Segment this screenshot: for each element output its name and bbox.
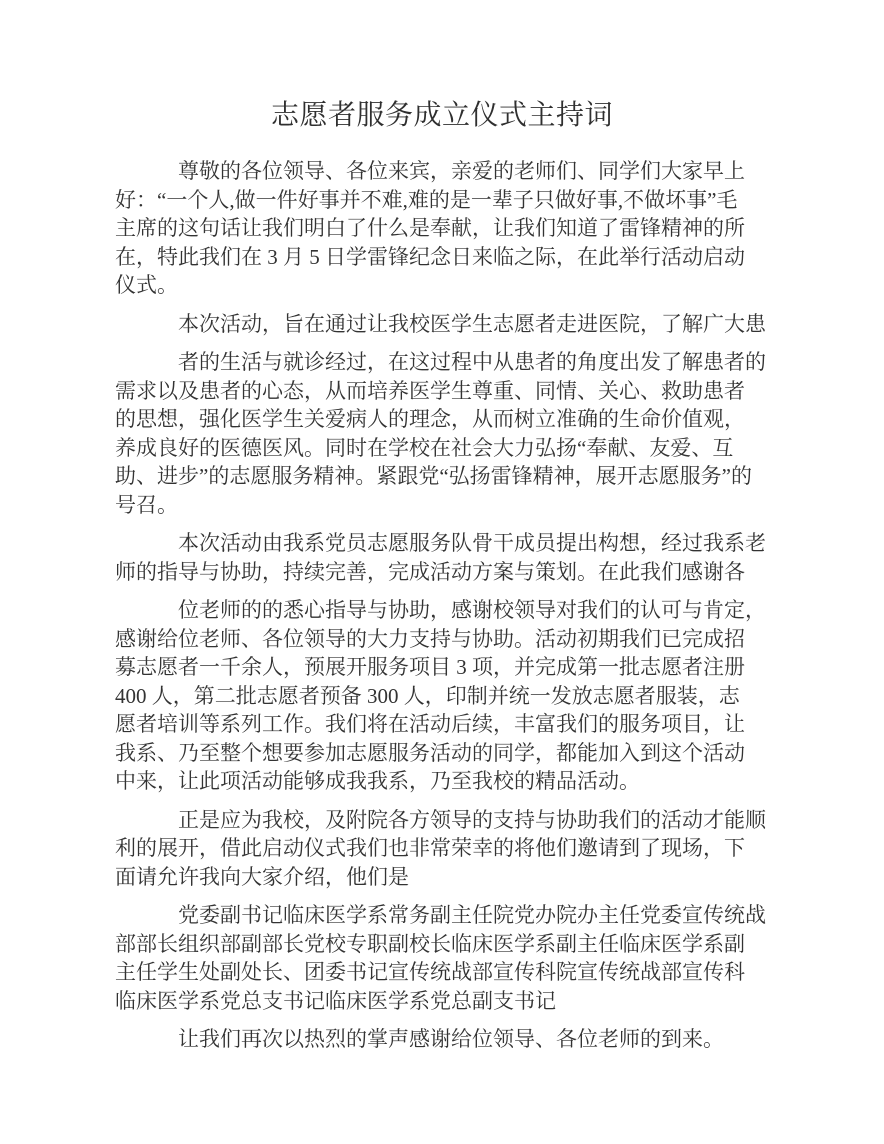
paragraph-line: 中来，让此项活动能够成我我系，乃至我校的精品活动。 — [115, 767, 755, 796]
paragraph-line: 在，特此我们在 3 月 5 日学雷锋纪念日来临之际，在此举行活动启动 — [115, 243, 755, 272]
paragraph-line: 党委副书记临床医学系常务副主任院党办院办主任党委宣传统战 — [115, 901, 755, 930]
paragraph: 位老师的的悉心指导与协助，感谢校领导对我们的认可与肯定，感谢给位老师、各位领导的… — [115, 596, 755, 796]
paragraph-line: 尊敬的各位领导、各位来宾，亲爱的老师们、同学们大家早上 — [115, 157, 755, 186]
paragraph-line: 助、进步”的志愿服务精神。紧跟党“弘扬雷锋精神，展开志愿服务”的 — [115, 462, 755, 491]
paragraph-line: 好：“一个人,做一件好事并不难,难的是一辈子只做好事,不做坏事”毛 — [115, 186, 755, 215]
paragraph-line: 本次活动，旨在通过让我校医学生志愿者走进医院，了解广大患 — [115, 310, 755, 339]
paragraph: 让我们再次以热烈的掌声感谢给位领导、各位老师的到来。 — [115, 1025, 755, 1054]
paragraph-line: 部部长组织部副部长党校专职副校长临床医学系副主任临床医学系副 — [115, 930, 755, 959]
paragraph-line: 主席的这句话让我们明白了什么是奉献，让我们知道了雷锋精神的所 — [115, 214, 755, 243]
paragraph: 正是应为我校，及附院各方领导的支持与协助我们的活动才能顺利的展开，借此启动仪式我… — [115, 806, 755, 892]
paragraph-line: 愿者培训等系列工作。我们将在活动后续，丰富我们的服务项目，让 — [115, 710, 755, 739]
paragraph-line: 位老师的的悉心指导与协助，感谢校领导对我们的认可与肯定， — [115, 596, 755, 625]
paragraph: 本次活动，旨在通过让我校医学生志愿者走进医院，了解广大患 — [115, 310, 755, 339]
paragraph-line: 临床医学系党总支书记临床医学系党总副支书记 — [115, 987, 755, 1016]
paragraph-line: 仪式。 — [115, 271, 755, 300]
paragraph-line: 正是应为我校，及附院各方领导的支持与协助我们的活动才能顺 — [115, 806, 755, 835]
paragraph-line: 主任学生处副处长、团委书记宣传统战部宣传科院宣传统战部宣传科 — [115, 958, 755, 987]
paragraph-line: 号召。 — [115, 491, 755, 520]
paragraph-line: 师的指导与协助，持续完善，完成活动方案与策划。在此我们感谢各 — [115, 558, 755, 587]
paragraph: 尊敬的各位领导、各位来宾，亲爱的老师们、同学们大家早上好：“一个人,做一件好事并… — [115, 157, 755, 300]
document-page: 志愿者服务成立仪式主持词 尊敬的各位领导、各位来宾，亲爱的老师们、同学们大家早上… — [0, 0, 884, 1144]
paragraph-line: 利的展开，借此启动仪式我们也非常荣幸的将他们邀请到了现场，下 — [115, 834, 755, 863]
paragraph-line: 感谢给位老师、各位领导的大力支持与协助。活动初期我们已完成招 — [115, 625, 755, 654]
document-title: 志愿者服务成立仪式主持词 — [0, 0, 884, 133]
paragraph-line: 让我们再次以热烈的掌声感谢给位领导、各位老师的到来。 — [115, 1025, 755, 1054]
paragraph-line: 募志愿者一千余人，预展开服务项目 3 项，并完成第一批志愿者注册 — [115, 653, 755, 682]
paragraph-line: 需求以及患者的心态，从而培养医学生尊重、同情、关心、救助患者 — [115, 377, 755, 406]
paragraph-line: 的思想，强化医学生关爱病人的理念，从而树立准确的生命价值观， — [115, 405, 755, 434]
paragraph: 者的生活与就诊经过，在这过程中从患者的角度出发了解患者的需求以及患者的心态，从而… — [115, 348, 755, 519]
paragraph: 本次活动由我系党员志愿服务队骨干成员提出构想，经过我系老师的指导与协助，持续完善… — [115, 529, 755, 586]
paragraph-line: 本次活动由我系党员志愿服务队骨干成员提出构想，经过我系老 — [115, 529, 755, 558]
paragraph-line: 面请允许我向大家介绍，他们是 — [115, 863, 755, 892]
paragraph-line: 400 人，第二批志愿者预备 300 人，印制并统一发放志愿者服装，志 — [115, 682, 755, 711]
paragraph-line: 养成良好的医德医风。同时在学校在社会大力弘扬“奉献、友爱、互 — [115, 434, 755, 463]
document-body: 尊敬的各位领导、各位来宾，亲爱的老师们、同学们大家早上好：“一个人,做一件好事并… — [0, 157, 884, 1054]
paragraph-line: 我系、乃至整个想要参加志愿服务活动的同学，都能加入到这个活动 — [115, 739, 755, 768]
paragraph: 党委副书记临床医学系常务副主任院党办院办主任党委宣传统战部部长组织部副部长党校专… — [115, 901, 755, 1015]
paragraph-line: 者的生活与就诊经过，在这过程中从患者的角度出发了解患者的 — [115, 348, 755, 377]
